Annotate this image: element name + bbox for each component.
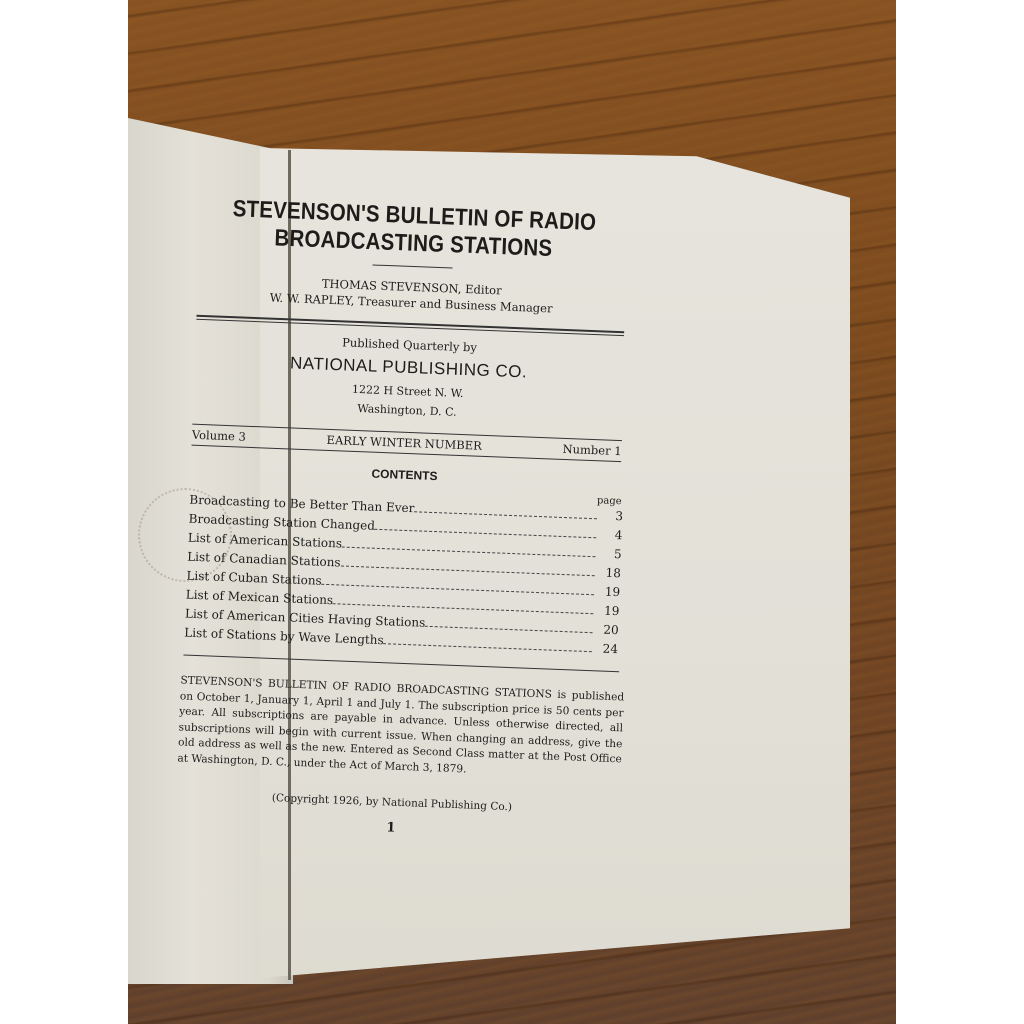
issue-bar: Volume 3 EARLY WINTER NUMBER Number 1 [191, 424, 622, 462]
title-page: STEVENSON'S BULLETIN OF RADIO BROADCASTI… [181, 198, 625, 844]
toc-entry-page: 20 [596, 620, 619, 640]
title-divider [373, 264, 453, 268]
toc-leader-dots [414, 511, 597, 519]
toc-entry-page: 18 [599, 563, 622, 583]
edition-label: EARLY WINTER NUMBER [326, 433, 482, 453]
toc-entry-page: 5 [599, 544, 622, 564]
toc-entry-page: 24 [596, 639, 619, 659]
number-label: Number 1 [562, 442, 622, 458]
volume-label: Volume 3 [192, 428, 246, 444]
toc-entry-page: 19 [598, 582, 621, 602]
contents-divider [183, 655, 619, 673]
toc-entry-page: 3 [601, 506, 624, 526]
toc-leader-dots [425, 626, 593, 633]
table-of-contents: Broadcasting to Be Better Than Ever3Broa… [188, 491, 614, 659]
toc-leader-dots [383, 643, 591, 652]
toc-entry-page: 19 [597, 601, 620, 621]
toc-entry-page: 4 [600, 525, 623, 545]
copyright-notice: (Copyright 1926, by National Publishing … [182, 789, 602, 817]
publication-notice: STEVENSON'S BULLETIN OF RADIO BROADCASTI… [177, 673, 624, 783]
